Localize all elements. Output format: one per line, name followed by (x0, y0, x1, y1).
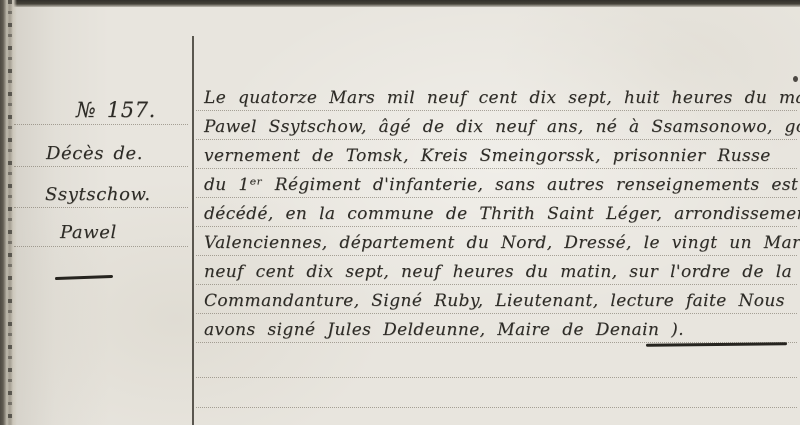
ink-speck (793, 76, 798, 82)
body-ruled-line (196, 197, 797, 198)
page-top-edge (0, 0, 800, 7)
margin-name-firstname: Pawel (60, 222, 117, 243)
body-ruled-line-empty (196, 407, 797, 408)
body-ruled-line-empty (196, 377, 797, 378)
binding-stitch-marks (8, 0, 12, 425)
body-ruled-line (196, 139, 797, 140)
act-closing-stroke (646, 342, 787, 346)
margin-ruled-line (14, 124, 188, 125)
body-ruled-line (196, 255, 797, 256)
margin-name-surname: Ssytschow. (45, 184, 151, 205)
body-ruled-line (196, 284, 797, 285)
act-text-line: décédé, en la commune de Thrith Saint Lé… (204, 203, 796, 226)
body-ruled-line (196, 313, 797, 314)
margin-closing-dash-stroke (55, 275, 113, 280)
body-ruled-line (196, 110, 797, 111)
body-ruled-line (196, 168, 797, 169)
act-text-line: vernement de Tomsk, Kreis Smeingorssk, p… (204, 145, 796, 168)
act-text-line: Valenciennes, département du Nord, Dress… (204, 232, 796, 255)
record-number: № 157. (76, 98, 156, 122)
act-text-line: neuf cent dix sept, neuf heures du matin… (204, 261, 796, 284)
act-text-line: Pawel Ssytschow, âgé de dix neuf ans, né… (204, 116, 796, 139)
act-text-line: Le quatorze Mars mil neuf cent dix sept,… (204, 87, 796, 110)
margin-vertical-rule (192, 36, 194, 425)
margin-title-deces-de: Décès de. (46, 143, 143, 164)
body-ruled-line (196, 226, 797, 227)
margin-ruled-line (14, 207, 188, 208)
act-text-line: Commandanture, Signé Ruby, Lieutenant, l… (204, 290, 796, 313)
act-text-line: du 1ᵉʳ Régiment d'infanterie, sans autre… (204, 174, 796, 197)
book-binding-edge (0, 0, 17, 425)
margin-ruled-line (14, 246, 188, 247)
scanned-death-record-page: № 157. Décès de. Ssytschow. Pawel Le qua… (0, 0, 800, 425)
act-text-line: avons signé Jules Deldeunne, Maire de De… (204, 319, 796, 342)
margin-ruled-line (14, 166, 188, 167)
